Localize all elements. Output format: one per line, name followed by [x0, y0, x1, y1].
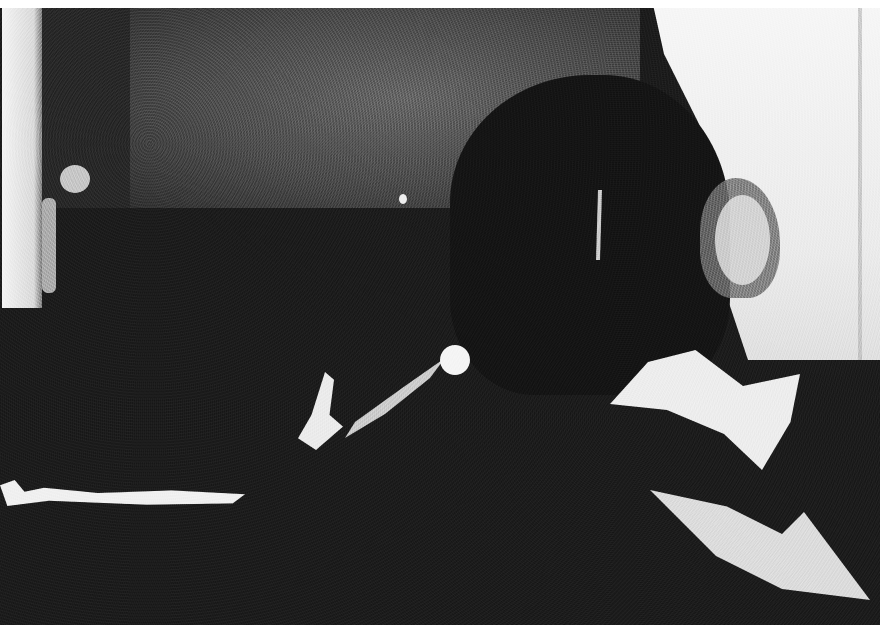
film-grain: [0, 0, 880, 625]
print-border: [0, 0, 880, 8]
photograph: [0, 0, 880, 625]
